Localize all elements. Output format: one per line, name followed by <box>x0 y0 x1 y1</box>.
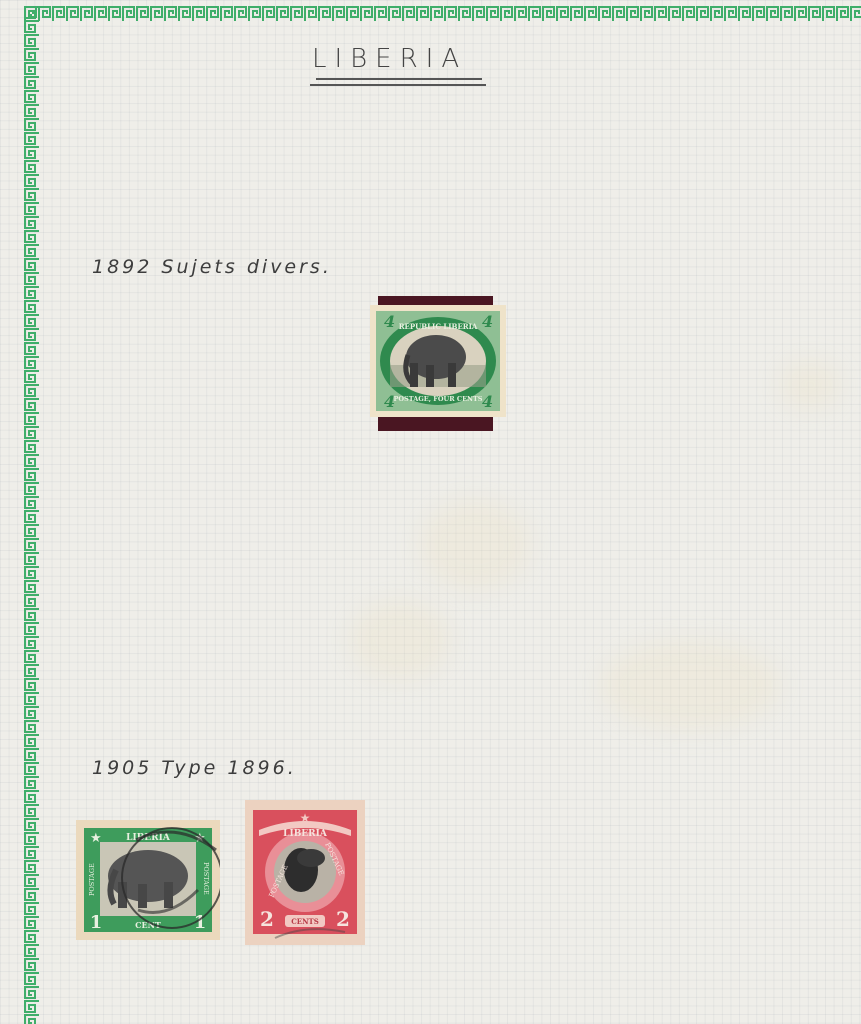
greek-key-border-left <box>24 6 40 1024</box>
title-underline <box>310 84 486 86</box>
svg-text:★: ★ <box>300 811 311 825</box>
svg-text:4: 4 <box>482 392 493 411</box>
svg-text:2: 2 <box>336 907 350 931</box>
svg-text:LIBERIA: LIBERIA <box>283 829 328 839</box>
stamp-elephant-4-cents: 4 4 4 4 REPUBLIC LIBERIA POSTAGE, FOUR C… <box>370 305 506 417</box>
svg-text:2: 2 <box>260 907 274 931</box>
svg-text:POSTAGE, FOUR CENTS: POSTAGE, FOUR CENTS <box>393 395 482 403</box>
svg-text:4: 4 <box>384 312 395 331</box>
stamp-liberty-head-2-cents: ★ LIBERIA 2 2 CENTS POSTAGE POSTAGE <box>245 800 365 945</box>
svg-text:★: ★ <box>90 831 102 846</box>
svg-text:REPUBLIC LIBERIA: REPUBLIC LIBERIA <box>399 322 478 331</box>
paper-stain <box>350 600 450 680</box>
paper-stain <box>420 500 530 590</box>
svg-text:4: 4 <box>482 312 493 331</box>
paper-stain <box>600 640 780 730</box>
svg-text:POSTAGE: POSTAGE <box>88 863 96 896</box>
greek-key-border-top <box>24 6 861 22</box>
svg-text:POSTAGE: POSTAGE <box>202 862 210 895</box>
svg-text:1: 1 <box>90 912 103 933</box>
section-heading-1892: 1892 Sujets divers. <box>92 256 332 278</box>
title-underline <box>316 78 482 80</box>
stamp-elephant-1-cent: LIBERIA ★ ★ 1 1 CENT POSTAGE POSTAGE <box>76 820 220 940</box>
section-heading-1905: 1905 Type 1896. <box>92 757 297 779</box>
svg-text:CENTS: CENTS <box>291 917 319 926</box>
paper-stain <box>780 360 840 410</box>
page-title: LIBERIA <box>312 44 467 74</box>
